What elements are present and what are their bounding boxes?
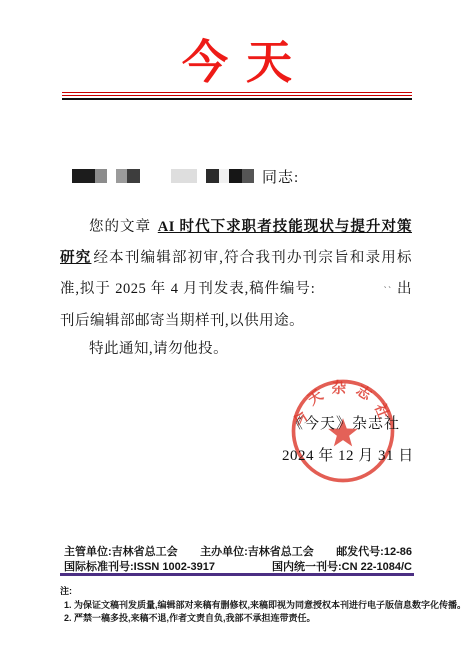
redaction-block [95,169,107,183]
notes-label: 注: [60,584,72,597]
cn-label: 国内统一刊号: [272,561,342,573]
redaction-block [219,169,229,183]
supervisor-unit-value: 吉林省总工会 [112,546,178,558]
supervisor-unit-label: 主管单位: [64,546,112,558]
issn-label: 国际标准刊号: [64,561,134,573]
divider-black-line [62,98,412,100]
redaction-block [127,169,140,183]
redaction-marks: ˋˋ [383,285,392,295]
signature-date: 2024 年 12 月 31 日 [282,444,406,465]
journal-masthead: 今天 [0,26,474,92]
organizer-unit-value: 吉林省总工会 [248,546,314,558]
footer-row-1: 主管单位:吉林省总工会 主办单位:吉林省总工会 邮发代号:12-86 [64,545,412,560]
paragraph-1-mid: 经本刊编辑部初审,符合我刊办刊宗旨和录用标准,拟于 2025 年 4 月刊发表,… [60,250,412,297]
masthead-divider [62,92,412,100]
redaction-block [229,169,242,183]
notes-list: 1. 为保证文稿刊发质量,编辑部对来稿有删修权,来稿即视为同意授权本刊进行电子版… [64,599,424,624]
salutation-row: 同志: [72,167,414,185]
redaction-block [72,169,95,183]
cn-value: CN 22-1084/C [342,561,412,573]
letter-body: 您的文章 AI 时代下求职者技能现状与提升对策研究经本刊编辑部初审,符合我刊办刊… [60,212,412,337]
postal-code-label: 邮发代号: [336,546,384,558]
redacted-name [72,169,254,183]
redaction-block [171,169,197,183]
note-item-2: 2. 严禁一稿多投,来稿不退,作者文责自负,我部不承担连带责任。 [64,612,424,625]
divider-red-line-1 [62,92,412,93]
footer-divider [60,573,414,576]
redaction-block [116,169,127,183]
signature-organization: 《今天》杂志社 [282,412,406,433]
paragraph-1-lead: 您的文章 [89,219,151,235]
postal-code: 邮发代号:12-86 [336,545,412,560]
supervisor-unit: 主管单位:吉林省总工会 [64,545,178,560]
salutation-suffix: 同志: [262,166,299,187]
redaction-block [242,169,254,183]
acceptance-letter-page: 今天 同志: 您的文章 AI 时代下求职者技能现状与提升对策研究经本刊编辑部初审… [0,0,474,669]
redaction-block [206,169,219,183]
paragraph-1: 您的文章 AI 时代下求职者技能现状与提升对策研究经本刊编辑部初审,符合我刊办刊… [60,212,412,337]
note-item-1: 1. 为保证文稿刊发质量,编辑部对来稿有删修权,来稿即视为同意授权本刊进行电子版… [64,599,424,612]
organizer-unit-label: 主办单位: [200,546,248,558]
divider-red-line-2 [62,95,412,96]
organizer-unit: 主办单位:吉林省总工会 [200,545,314,560]
journal-info-footer: 主管单位:吉林省总工会 主办单位:吉林省总工会 邮发代号:12-86 国际标准刊… [64,545,412,575]
issn-value: ISSN 1002-3917 [134,561,215,573]
signature-block: 《今天》杂志社 2024 年 12 月 31 日 [282,412,406,465]
paragraph-2: 特此通知,请勿他投。 [60,337,412,358]
postal-code-value: 12-86 [384,546,412,558]
